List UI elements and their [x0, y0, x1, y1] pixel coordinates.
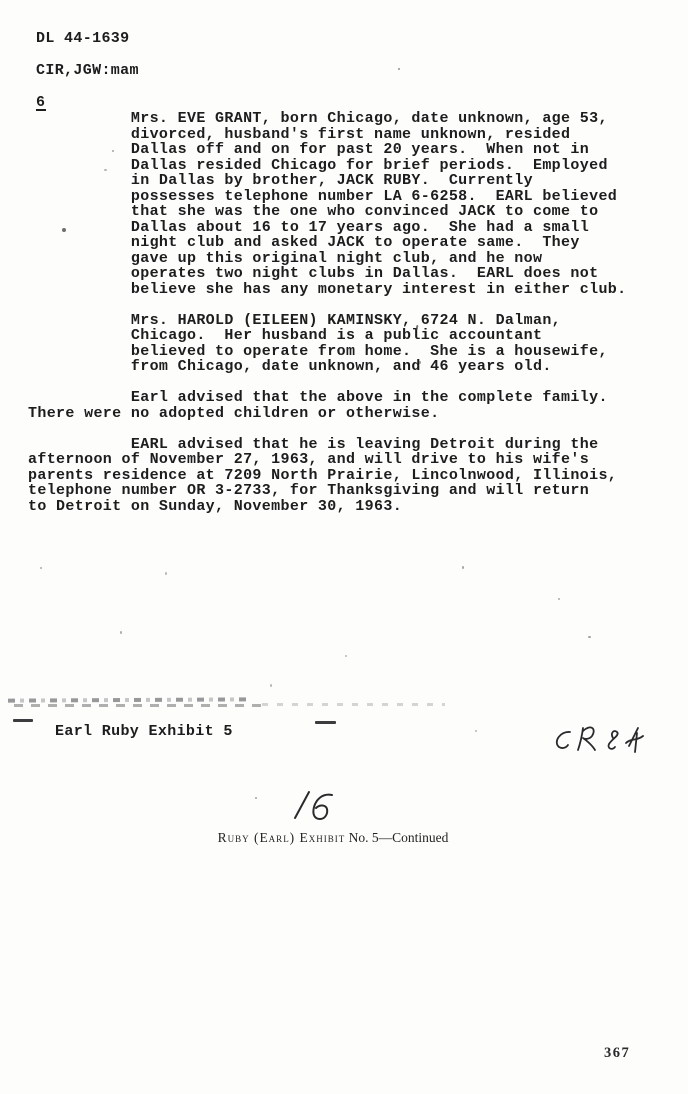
dash-mark: [13, 719, 33, 722]
scan-speck: [40, 567, 42, 569]
file-number: DL 44-1639: [36, 30, 130, 47]
scan-speck: [165, 572, 167, 575]
scan-speck: [398, 68, 400, 70]
exhibit-caption: Ruby (Earl) Exhibit No. 5—Continued: [177, 830, 489, 846]
scan-smudge-line: [8, 697, 250, 702]
scan-speck: [120, 631, 122, 634]
scan-smudge-line: [14, 704, 262, 707]
scan-speck: [255, 797, 257, 799]
document-body: Mrs. EVE GRANT, born Chicago, date unkno…: [28, 111, 627, 514]
scan-speck: [62, 228, 66, 232]
caption-number-part: No. 5—Continued: [349, 830, 449, 845]
scan-smudge-line: [262, 703, 445, 706]
scan-speck: [588, 636, 591, 638]
scan-speck: [345, 655, 347, 657]
reference-initials: CIR,JGW:mam: [36, 62, 139, 79]
handwritten-16-mark: [286, 788, 338, 822]
scan-speck: [270, 684, 272, 687]
scan-speck: [462, 566, 464, 569]
scan-speck: [558, 598, 560, 600]
caption-exhibit-part: Ruby (Earl) Exhibit: [218, 830, 346, 845]
page-number-typed: 6: [36, 96, 46, 111]
scan-speck: [104, 169, 107, 171]
scan-speck: [112, 150, 114, 152]
dash-mark: [315, 721, 336, 724]
exhibit-label: Earl Ruby Exhibit 5: [55, 723, 233, 740]
scanned-document-page: { "page": { "header": { "file_number": "…: [0, 0, 688, 1094]
scan-speck: [419, 361, 421, 364]
handwritten-cr-mark: [550, 719, 654, 763]
scan-speck: [475, 730, 477, 732]
document-header: DL 44-1639 CIR,JGW:mam 6: [36, 31, 139, 111]
folio-number: 367: [604, 1045, 630, 1062]
